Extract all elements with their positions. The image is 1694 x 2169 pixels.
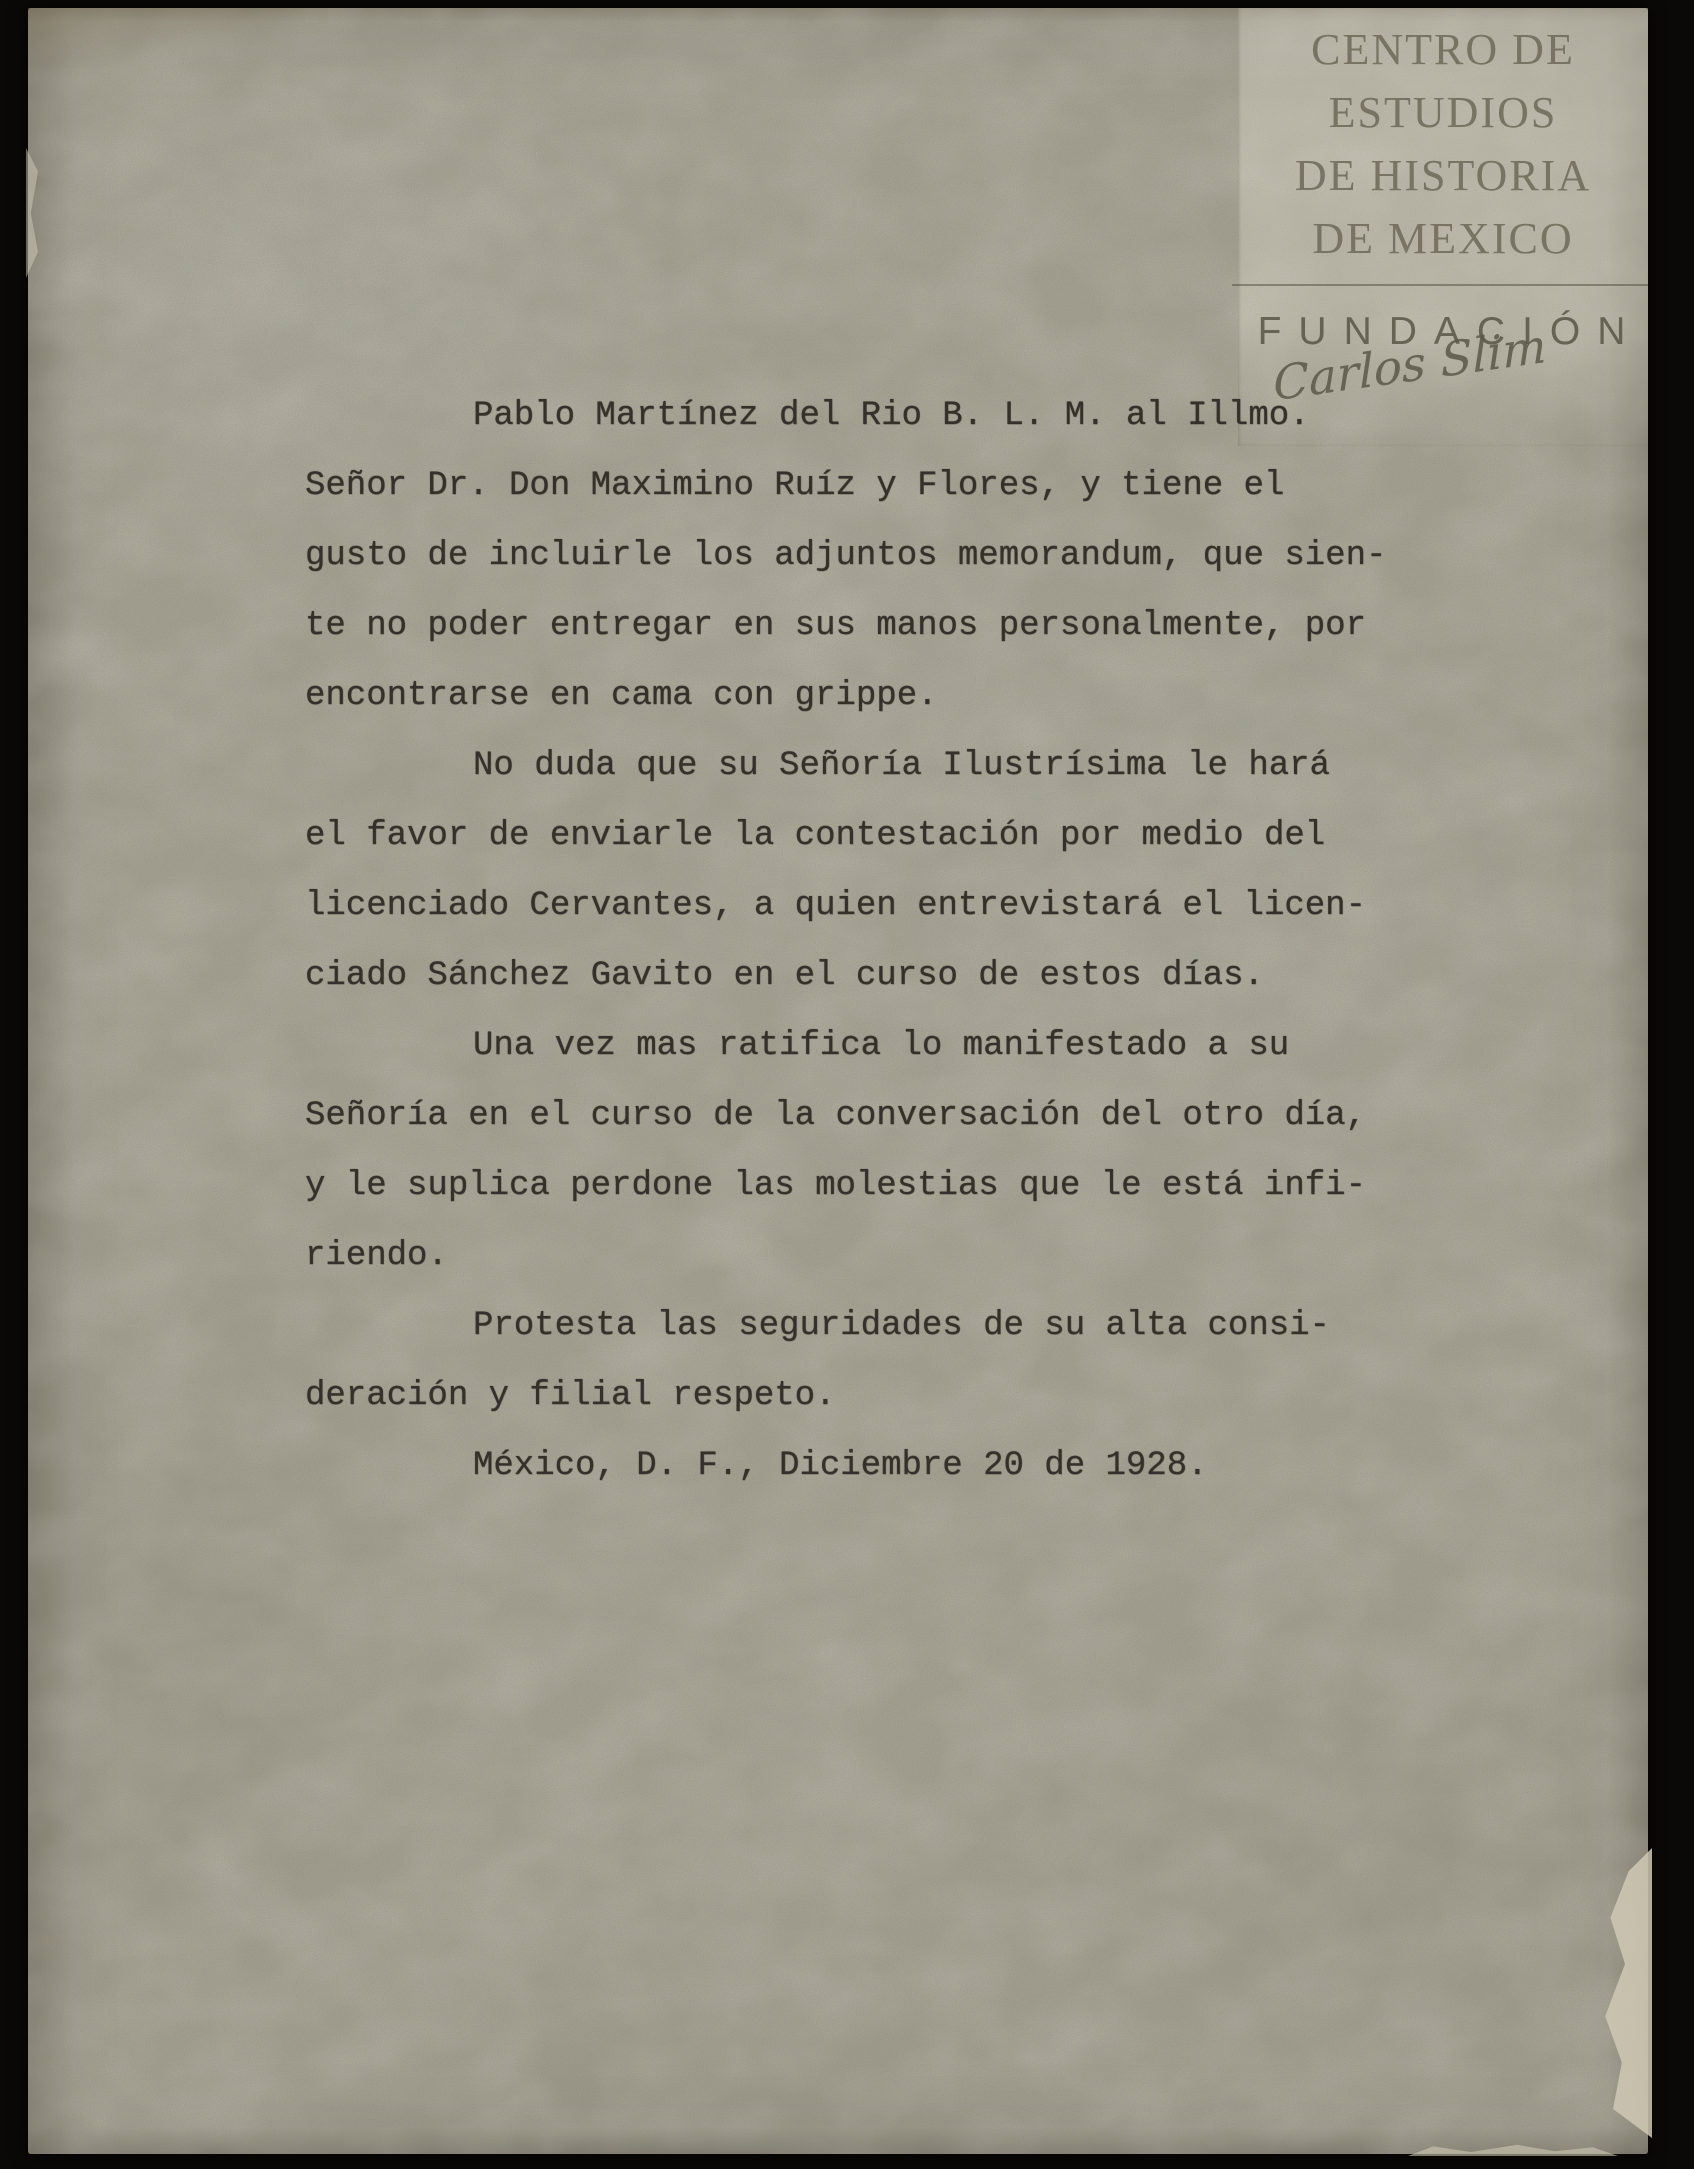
- letter-line: riendo.: [305, 1237, 1485, 1307]
- letter-line: ciado Sánchez Gavito en el curso de esto…: [305, 957, 1485, 1027]
- letter-line: Señoría en el curso de la conversación d…: [305, 1097, 1485, 1167]
- letter-line: México, D. F., Diciembre 20 de 1928.: [305, 1447, 1485, 1517]
- letter-body: Pablo Martínez del Rio B. L. M. al Illmo…: [305, 397, 1485, 1517]
- letter-line: Pablo Martínez del Rio B. L. M. al Illmo…: [305, 397, 1485, 467]
- archive-stamp: CENTRO DE ESTUDIOS DE HISTORIA DE MEXICO…: [1238, 8, 1648, 446]
- stamp-org-line: DE MEXICO: [1238, 207, 1648, 270]
- stamp-org-line: DE HISTORIA: [1238, 144, 1648, 207]
- letter-line: y le suplica perdone las molestias que l…: [305, 1167, 1485, 1237]
- scanned-letter-page: CENTRO DE ESTUDIOS DE HISTORIA DE MEXICO…: [0, 0, 1694, 2169]
- paper-edge-chip: [26, 148, 38, 278]
- paper-sheet: CENTRO DE ESTUDIOS DE HISTORIA DE MEXICO…: [28, 8, 1648, 2154]
- stamp-divider-line: [1232, 284, 1648, 286]
- stamp-org-line: CENTRO DE: [1238, 18, 1648, 81]
- letter-line: Una vez mas ratifica lo manifestado a su: [305, 1027, 1485, 1097]
- paper-tear: [1600, 1848, 1652, 2138]
- letter-line: Señor Dr. Don Maximino Ruíz y Flores, y …: [305, 467, 1485, 537]
- letter-line: el favor de enviarle la contestación por…: [305, 817, 1485, 887]
- paper-tear-bottom: [1408, 2140, 1618, 2156]
- letter-line: gusto de incluirle los adjuntos memorand…: [305, 537, 1485, 607]
- stamp-org-line: ESTUDIOS: [1238, 81, 1648, 144]
- letter-line: Protesta las seguridades de su alta cons…: [305, 1307, 1485, 1377]
- letter-line: No duda que su Señoría Ilustrísima le ha…: [305, 747, 1485, 817]
- stamp-org-name: CENTRO DE ESTUDIOS DE HISTORIA DE MEXICO: [1238, 8, 1648, 270]
- letter-line: te no poder entregar en sus manos person…: [305, 607, 1485, 677]
- paper-fold-shadow: [28, 8, 328, 68]
- letter-line: encontrarse en cama con grippe.: [305, 677, 1485, 747]
- letter-line: deración y filial respeto.: [305, 1377, 1485, 1447]
- letter-line: licenciado Cervantes, a quien entrevista…: [305, 887, 1485, 957]
